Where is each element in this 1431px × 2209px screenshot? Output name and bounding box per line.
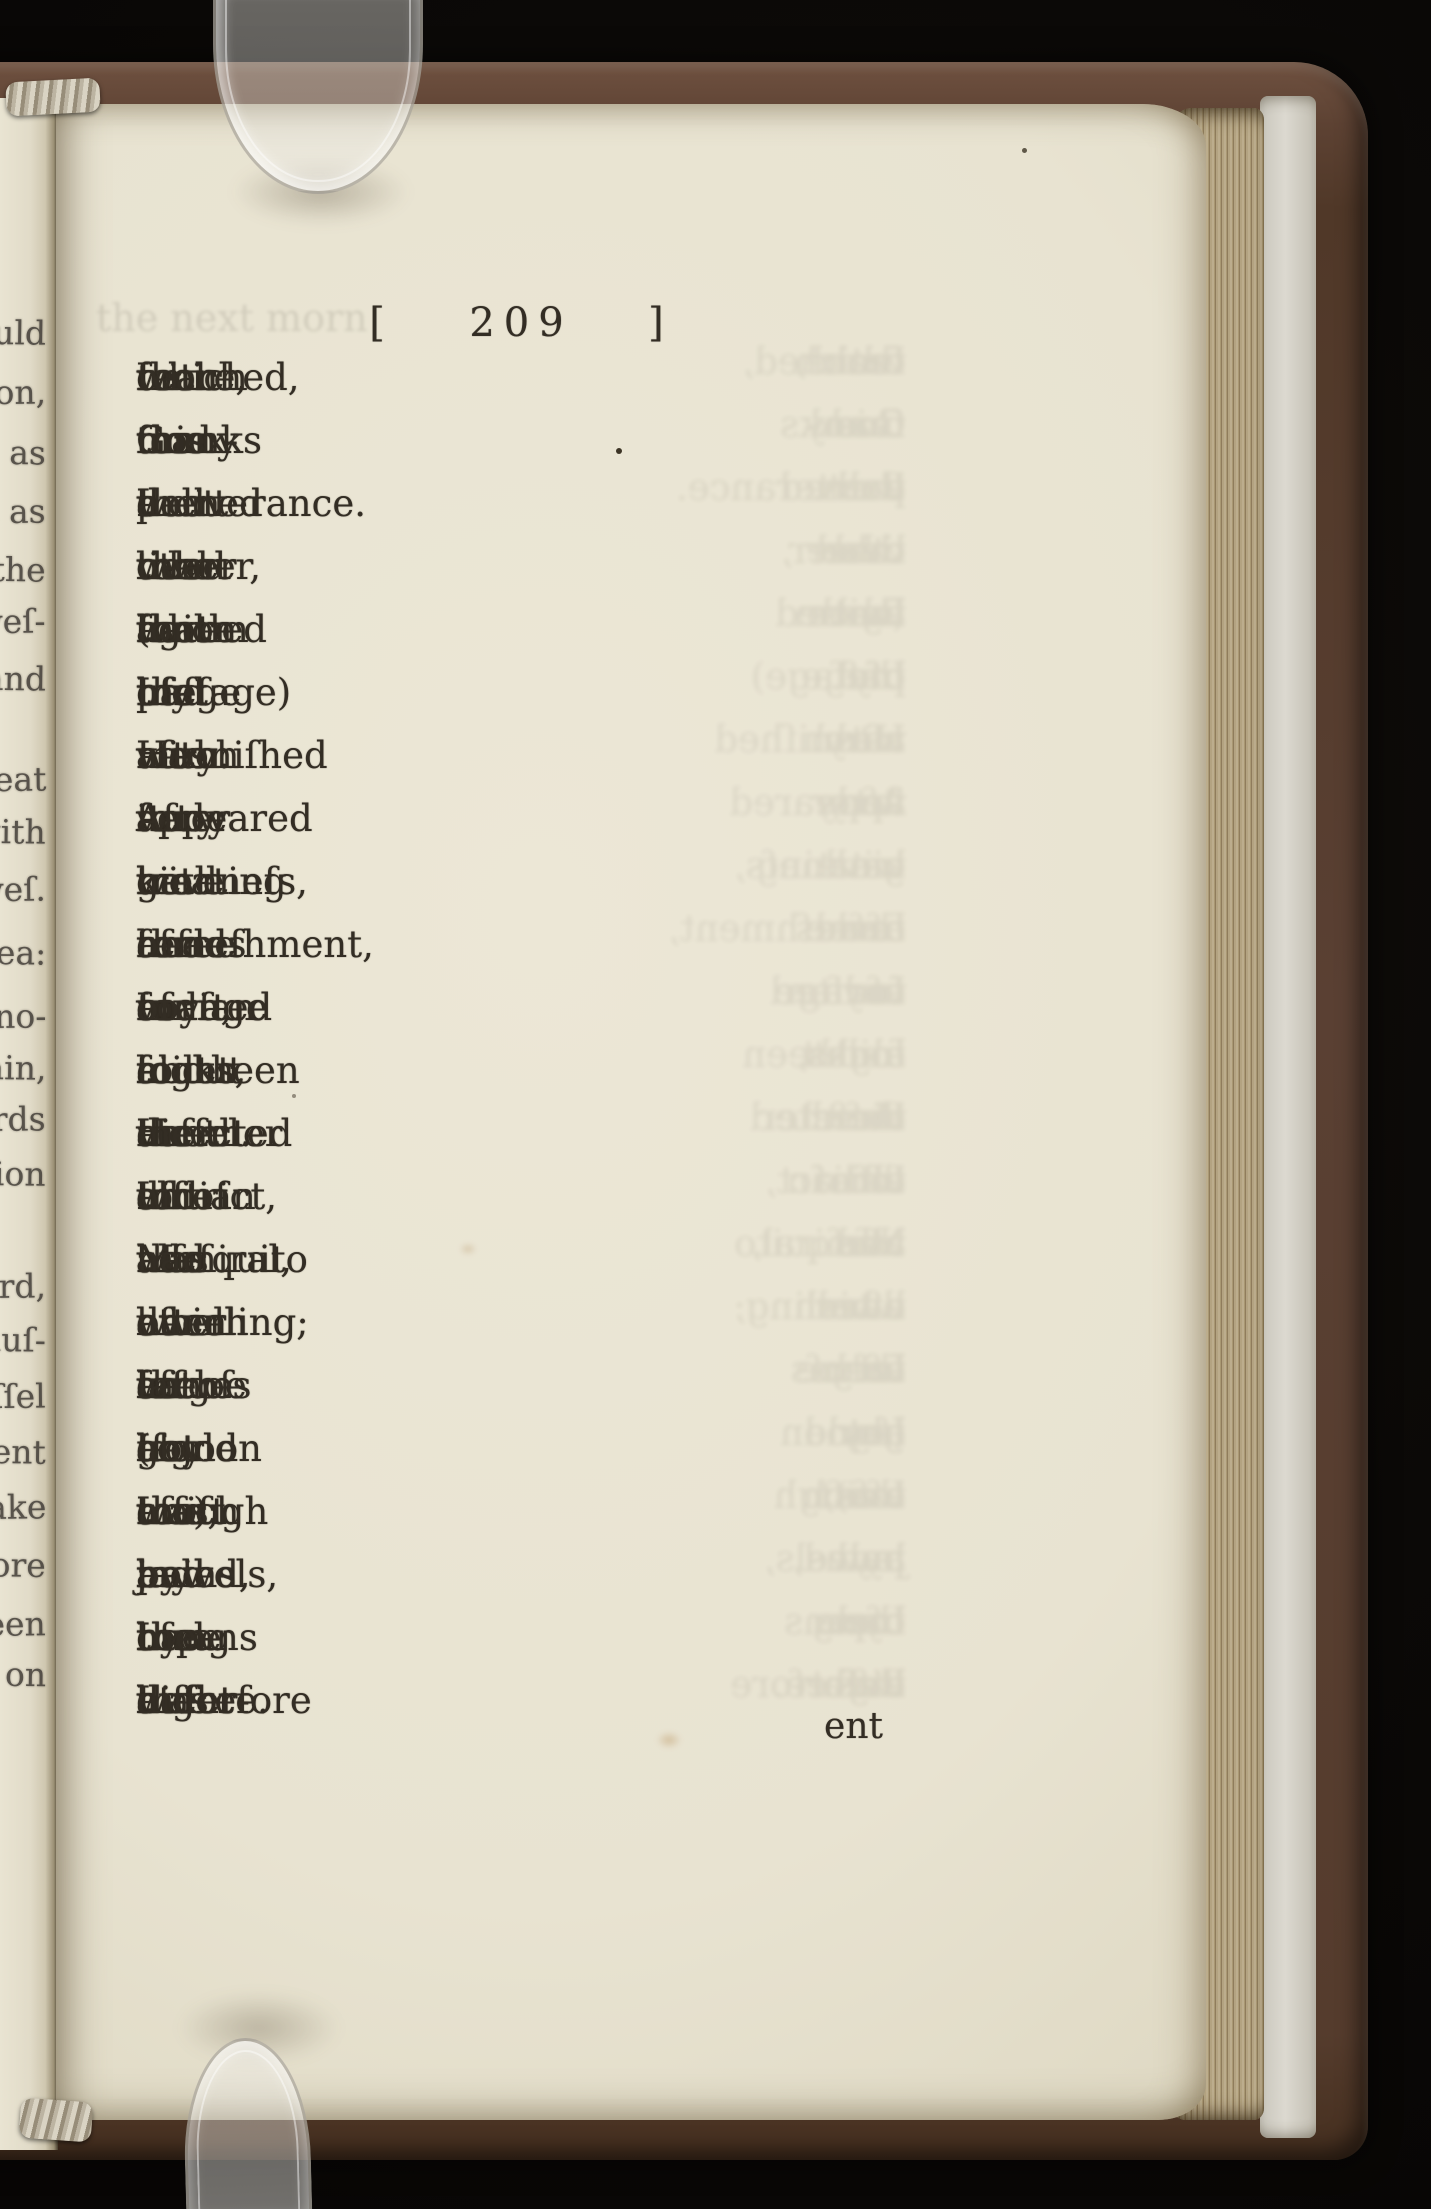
stain [456,1240,480,1258]
margin-fragment: board, [0,1266,46,1307]
text-line: manythankstoGodforthisunex- [136,419,906,482]
text-line: thatſhore(withwhomIhadagreedfor [136,608,906,671]
text-line: roaſtedIndiancorn,foravoyageof [136,986,906,1049]
photo-background: wouldation,t, asſt asg thee veſ-, andgre… [0,0,1431,2209]
ink-speck [292,1094,296,1098]
endband-bottom [19,2098,94,2143]
margin-fragment: nfuſion [0,1153,46,1195]
margin-fragment: owards [0,1099,46,1140]
text-line: with.Hewasverymuchaſtoniſhed [136,734,906,797]
margin-fragment: would [0,312,46,353]
margin-fragment: veſſel [0,1377,46,1418]
text-line: Iſetoffwiththecanoeacroſsalarge [136,1364,906,1427]
text-line: jaded,andhadpainsinmybowels,by [136,1553,906,1616]
book-page: onſhore,whichIſoonreached,withmanythanks… [56,104,1206,2120]
text-line: lagoonalone(forIcouldnotgetany [136,1427,906,1490]
endpaper-strip [1260,96,1316,2138]
text-line: ſomerefreſhment,andthreeheadsof [136,923,906,986]
text-line: anotherveſſel.Hethendirectedme [136,1112,906,1175]
facing-page-edge: wouldation,t, asſt asg thee veſ-, andgre… [0,98,58,2150]
margin-fragment: vertake [0,1487,46,1528]
stain [652,1728,686,1752]
text-line: onetoaſſiſtme),thoughIwasmuch [136,1490,906,1553]
text-line: abouteighteenmilesſouth,tolookfor [136,1049,906,1112]
text-line: toanIndianchiefofadiſtrict,who [136,1175,906,1238]
endband-top [5,78,101,117]
text-line: meansoftheropeIhadhungbythe [136,1616,906,1679]
catchword: ent [824,1706,883,1747]
text-line: nightbefore.Iwasthereforeatdiffer- [136,1679,906,1742]
margin-fragment: fferent [0,1431,46,1473]
page-number-header: [ 209 ] [136,300,906,346]
margin-fragment: ation, [0,373,46,414]
ink-speck [1022,148,1027,153]
text-line: oncebeenatourdwelling;afterwhich [136,1301,906,1364]
text-line: mypaſſage)oftheuſageIhadmet [136,671,906,734]
margin-fragment: great [0,760,46,801]
text-line: onſhore,whichIſoonreached,with [136,356,906,419]
margin-fragment: e veſ. [0,870,46,911]
ink-speck [616,448,622,454]
margin-fragment: h ſea: [0,932,46,973]
text-line: treatingmewithkindneſs,hegaveme [136,860,906,923]
margin-fragment: on [5,1655,47,1696]
margin-fragment: f again, [0,1047,46,1089]
margin-fragment: ſt as [0,492,46,533]
text-line: andappearedveryſorryforit.After [136,797,906,860]
text-line: pecteddeliverance.Ithenwentand [136,482,906,545]
margin-fragment: t, as [0,433,46,474]
text-block: onſhore,whichIſoonreached,withmanythanks… [136,356,906,1742]
margin-fragment: , and [0,658,46,699]
text-line: toldtheotherowner,wholivednear [136,545,906,608]
margin-fragments: wouldation,t, asſt asg thee veſ-, andgre… [0,98,58,2150]
margin-fragment: n before [0,1544,46,1586]
margin-fragment: or no- [0,996,46,1037]
margin-fragment: e veſ- [0,602,46,643]
margin-fragment: s with [0,811,46,852]
margin-fragment: ave been [0,1604,46,1646]
margin-fragment: e muſ- [0,1319,46,1360]
margin-fragment: g the [0,549,46,590]
text-line: wasalſotheMuſquitoadmiral,andhad [136,1238,906,1301]
